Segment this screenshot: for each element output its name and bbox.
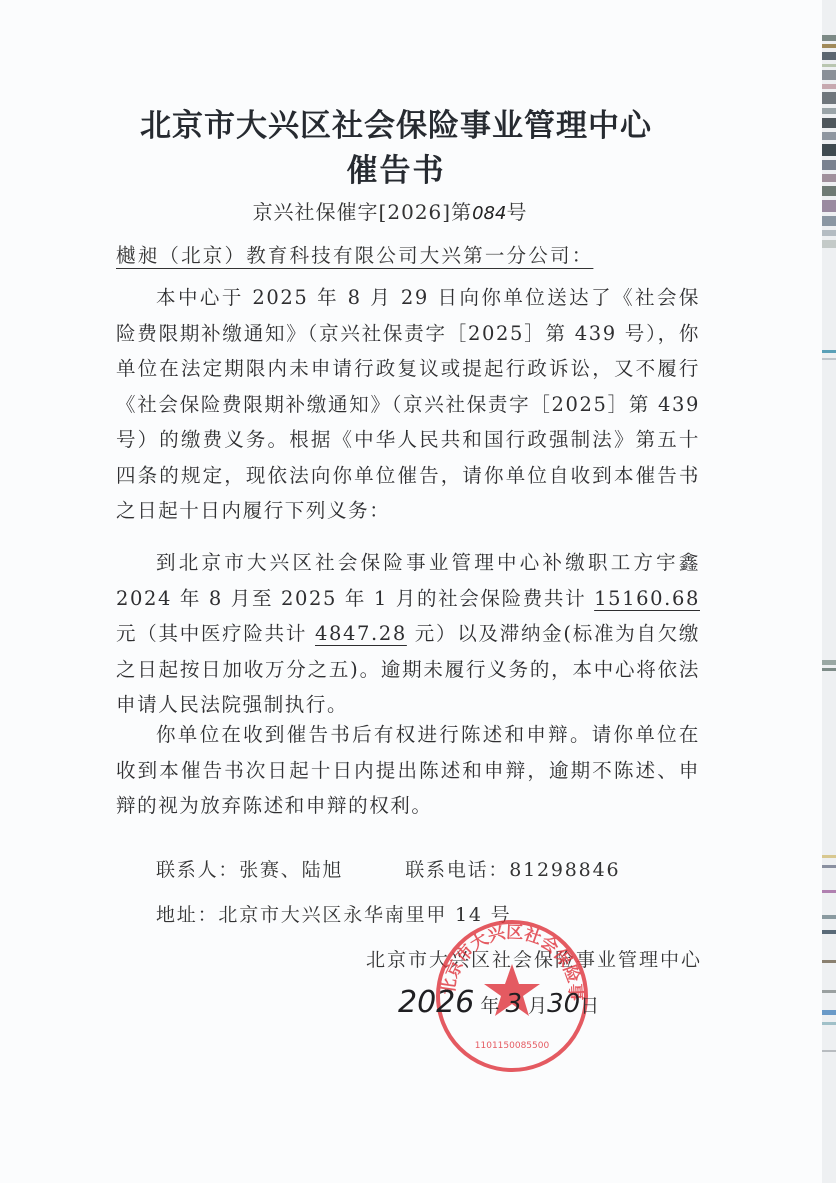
contact-line: 联系人：张赛、陆旭联系电话：81298846 (156, 855, 620, 882)
contact-phone: 81298846 (509, 859, 620, 881)
contact-phone-label: 联系电话： (405, 859, 509, 881)
document-number: 京兴社保催字[2026]第084号 (0, 196, 808, 225)
document-title-type: 催告书 (0, 145, 814, 190)
paragraph-text: 本中心于 2025 年 8 月 29 日向你单位送达了《社会保险费限期补缴通知》… (116, 280, 700, 529)
contact-persons: 张赛、陆旭 (239, 859, 343, 881)
paragraph-text: 到北京市大兴区社会保险事业管理中心补缴职工方宇鑫 2024 年 8 月至 202… (116, 545, 700, 723)
seal-serial: 1101150085500 (475, 1041, 550, 1051)
scan-edge-artifact (822, 0, 836, 1183)
body-paragraph-1: 本中心于 2025 年 8 月 29 日向你单位送达了《社会保险费限期补缴通知》… (116, 280, 700, 529)
body-paragraph-2: 到北京市大兴区社会保险事业管理中心补缴职工方宇鑫 2024 年 8 月至 202… (116, 545, 700, 723)
body-paragraph-3: 你单位在收到催告书后有权进行陈述和申辩。请你单位在收到本催告书次日起十日内提出陈… (116, 717, 700, 824)
medical-amount: 4847.28 (315, 622, 407, 645)
addressee: 樾昶（北京）教育科技有限公司大兴第一分公司： (116, 240, 593, 268)
document-title-issuer: 北京市大兴区社会保险事业管理中心 (0, 100, 814, 145)
issue-date: 2026 年 3 月30日 (398, 985, 599, 1020)
date-year-unit: 年 (480, 995, 499, 1017)
document-number-suffix: 号 (506, 200, 527, 224)
document-number-handwritten: 084 (472, 203, 506, 224)
date-month-handwritten: 3 (505, 989, 522, 1019)
date-month-unit: 月 (528, 995, 547, 1017)
paragraph-text-part: 元（其中医疗险共计 (116, 622, 315, 645)
date-year-handwritten: 2026 (398, 985, 474, 1020)
date-day-handwritten: 30 (547, 989, 580, 1019)
contact-persons-label: 联系人： (156, 859, 239, 881)
total-amount: 15160.68 (594, 587, 700, 610)
address-label: 地址： (156, 904, 218, 926)
paragraph-text: 你单位在收到催告书后有权进行陈述和申辩。请你单位在收到本催告书次日起十日内提出陈… (116, 717, 700, 824)
date-day-unit: 日 (580, 995, 599, 1017)
scanned-document-page: 北京市大兴区社会保险事业管理中心 催告书 京兴社保催字[2026]第084号 樾… (0, 0, 836, 1183)
document-number-prefix: 京兴社保催字[2026]第 (253, 200, 473, 224)
